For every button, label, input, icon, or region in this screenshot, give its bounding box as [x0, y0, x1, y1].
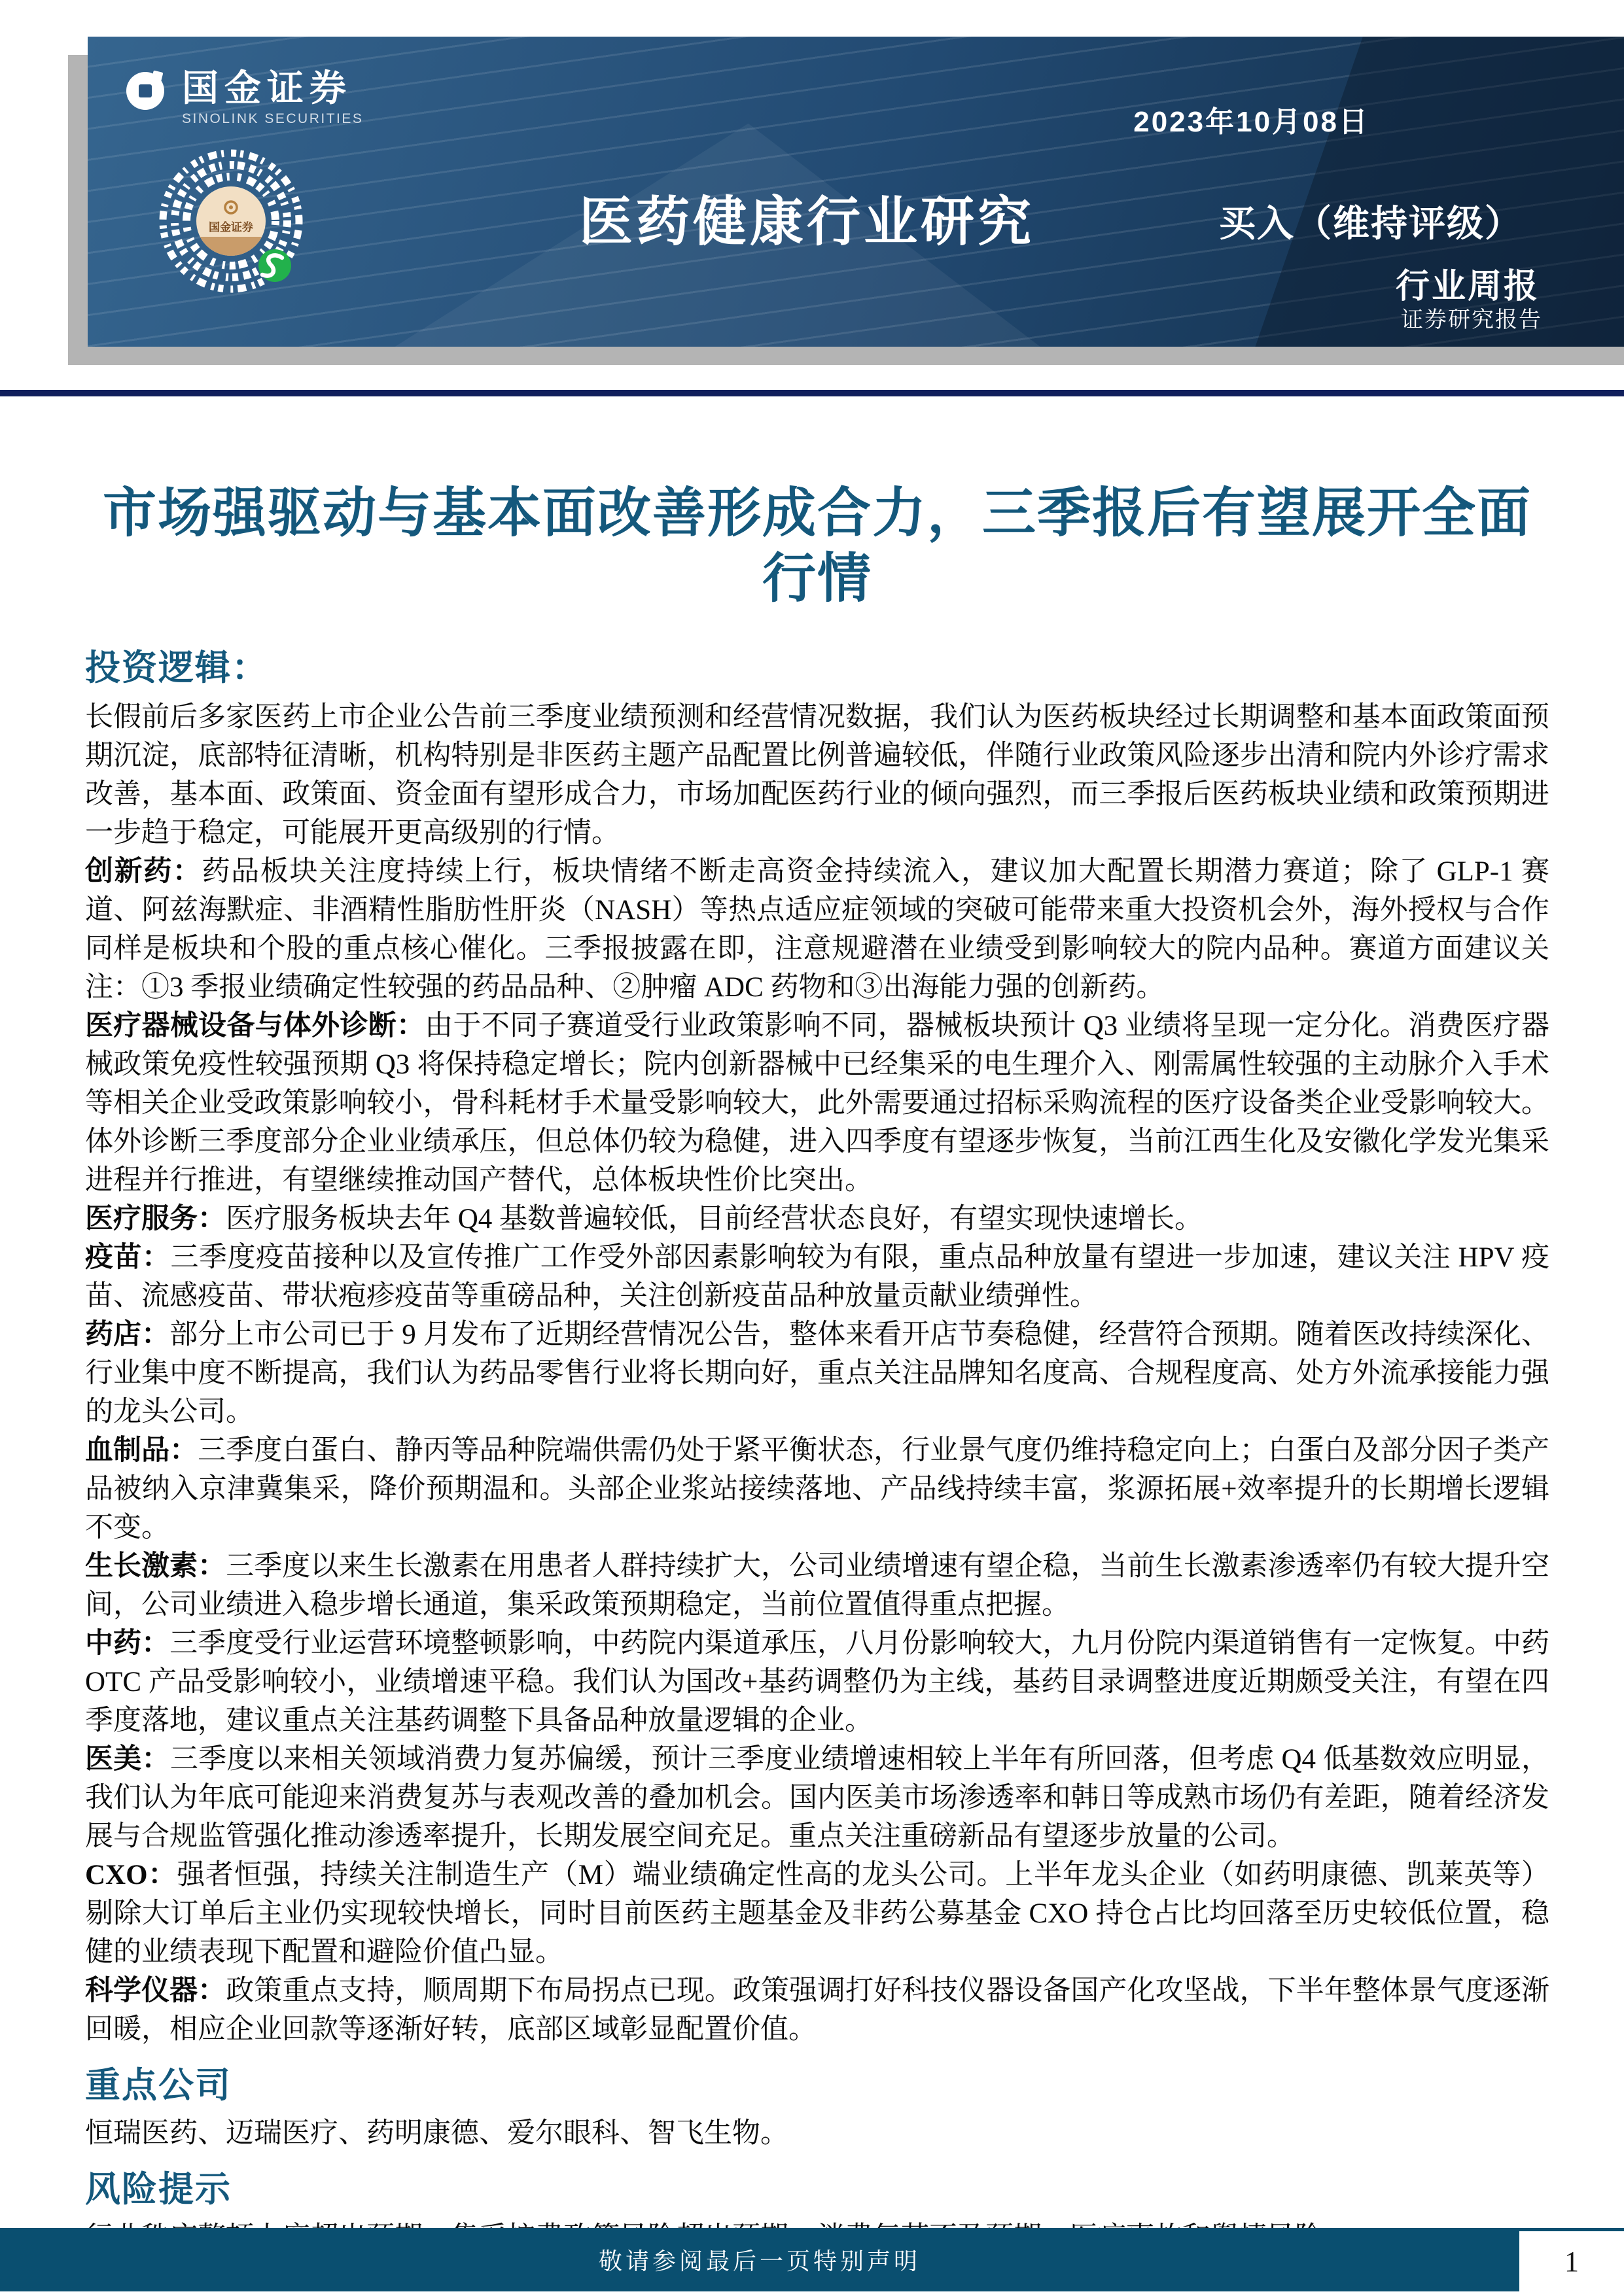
footer-disclaimer: 敬请参阅最后一页特别声明 [599, 2243, 921, 2276]
report-body: 市场强驱动与基本面改善形成合力，三季报后有望展开全面行情 投资逻辑： 长假前后多… [85, 481, 1549, 2257]
rating-badge: 买入（维持评级） [1219, 195, 1523, 247]
brand-name: 国金证券 [182, 68, 363, 109]
wechat-channels-icon [258, 249, 291, 282]
item-text: 强者恒强，持续关注制造生产（M）端业绩确定性高的龙头公司。上半年龙头企业（如药明… [85, 1860, 1549, 1968]
item-growth-hormone: 生长激素：三季度以来生长激素在用患者人群持续扩大，公司业绩增速有望企稳，当前生长… [85, 1547, 1549, 1624]
item-text: 三季度白蛋白、静丙等品种院端供需仍处于紧平衡状态，行业景气度仍维持稳定向上；白蛋… [85, 1435, 1549, 1543]
divider-rule [0, 390, 1624, 396]
item-lead: 科学仪器： [85, 1975, 226, 2006]
item-lead: 创新药： [85, 856, 202, 887]
item-lead: 生长激素： [85, 1551, 226, 1582]
item-text: 药品板块关注度持续上行，板块情绪不断走高资金持续流入，建议加大配置长期潜力赛道；… [85, 856, 1549, 1003]
item-lead: CXO： [85, 1860, 177, 1890]
report-title: 医药健康行业研究 [579, 179, 1034, 256]
brand-block: 国金证券 SINOLINK SECURITIES [124, 68, 363, 127]
item-text: 政策重点支持，顺周期下布局拐点已现。政策强调打好科技仪器设备国产化攻坚战，下半年… [85, 1975, 1549, 2045]
item-text: 三季度以来相关领域消费力复苏偏缓，预计三季度业绩增速相较上半年有所回落，但考虑 … [85, 1744, 1549, 1852]
item-lead: 医疗服务： [85, 1204, 226, 1234]
sinolink-logo-icon [124, 68, 168, 111]
item-scientific-instruments: 科学仪器：政策重点支持，顺周期下布局拐点已现。政策强调打好科技仪器设备国产化攻坚… [85, 1972, 1549, 2049]
item-text: 三季度受行业运营环境整顿影响，中药院内渠道承压，八月份影响较大，九月份院内渠道销… [85, 1628, 1549, 1736]
item-text: 医疗服务板块去年 Q4 基数普遍较低，目前经营状态良好，有望实现快速增长。 [226, 1204, 1203, 1234]
item-text: 三季度以来生长激素在用患者人群持续扩大，公司业绩增速有望企稳，当前生长激素渗透率… [85, 1551, 1549, 1620]
brand-name-en: SINOLINK SECURITIES [182, 111, 363, 127]
item-lead: 血制品： [85, 1435, 198, 1466]
item-innovative-drugs: 创新药：药品板块关注度持续上行，板块情绪不断走高资金持续流入，建议加大配置长期潜… [85, 852, 1549, 1007]
report-page: 国金证券 SINOLINK SECURITIES 国金证券 2023年10月08… [0, 0, 1624, 2296]
headline: 市场强驱动与基本面改善形成合力，三季报后有望展开全面行情 [85, 481, 1549, 612]
item-vaccines: 疫苗：三季度疫苗接种以及宣传推广工作受外部因素影响较为有限，重点品种放量有望进一… [85, 1238, 1549, 1315]
section-investment-logic: 投资逻辑： [85, 648, 1549, 687]
item-lead: 中药： [85, 1628, 169, 1659]
item-cxo: CXO：强者恒强，持续关注制造生产（M）端业绩确定性高的龙头公司。上半年龙头企业… [85, 1856, 1549, 1972]
item-lead: 医疗器械设备与体外诊断： [85, 1011, 425, 1041]
header-banner: 国金证券 SINOLINK SECURITIES 国金证券 2023年10月08… [88, 37, 1624, 347]
item-text: 三季度疫苗接种以及宣传推广工作受外部因素影响较为有限，重点品种放量有望进一步加速… [85, 1242, 1549, 1312]
qr-center-label: 国金证券 [209, 220, 253, 234]
item-medical-aesthetics: 医美：三季度以来相关领域消费力复苏偏缓，预计三季度业绩增速相较上半年有所回落，但… [85, 1740, 1549, 1856]
item-lead: 药店： [85, 1319, 169, 1350]
report-type-label: 行业周报 [1396, 258, 1540, 307]
intro-paragraph: 长假前后多家医药上市企业公告前三季度业绩预测和经营情况数据，我们认为医药板块经过… [85, 698, 1549, 852]
item-pharmacies: 药店：部分上市公司已于 9 月发布了近期经营情况公告，整体来看开店节奏稳健，经营… [85, 1315, 1549, 1431]
report-date: 2023年10月08日 [1133, 98, 1369, 140]
item-medical-devices-ivd: 医疗器械设备与体外诊断：由于不同子赛道受行业政策影响不同，器械板块预计 Q3 业… [85, 1007, 1549, 1200]
key-companies-list: 恒瑞医药、迈瑞医疗、药明康德、爱尔眼科、智飞生物。 [85, 2114, 1549, 2153]
footer-page-area: 1 [1519, 2228, 1624, 2291]
footer-band: 敬请参阅最后一页特别声明 [0, 2228, 1519, 2291]
item-lead: 医美： [85, 1744, 170, 1775]
item-traditional-chinese-medicine: 中药：三季度受行业运营环境整顿影响，中药院内渠道承压，八月份影响较大，九月份院内… [85, 1624, 1549, 1740]
item-lead: 疫苗： [85, 1242, 170, 1273]
report-category-label: 证券研究报告 [1401, 302, 1542, 334]
page-number: 1 [1564, 2245, 1579, 2278]
item-text: 部分上市公司已于 9 月发布了近期经营情况公告，整体来看开店节奏稳健，经营符合预… [85, 1319, 1549, 1427]
section-risk-notice: 风险提示 [85, 2170, 1549, 2209]
item-medical-services: 医疗服务：医疗服务板块去年 Q4 基数普遍较低，目前经营状态良好，有望实现快速增… [85, 1200, 1549, 1238]
wechat-qr-code: 国金证券 [153, 145, 309, 301]
item-blood-products: 血制品：三季度白蛋白、静丙等品种院端供需仍处于紧平衡状态，行业景气度仍维持稳定向… [85, 1431, 1549, 1547]
section-key-companies: 重点公司 [85, 2066, 1549, 2105]
